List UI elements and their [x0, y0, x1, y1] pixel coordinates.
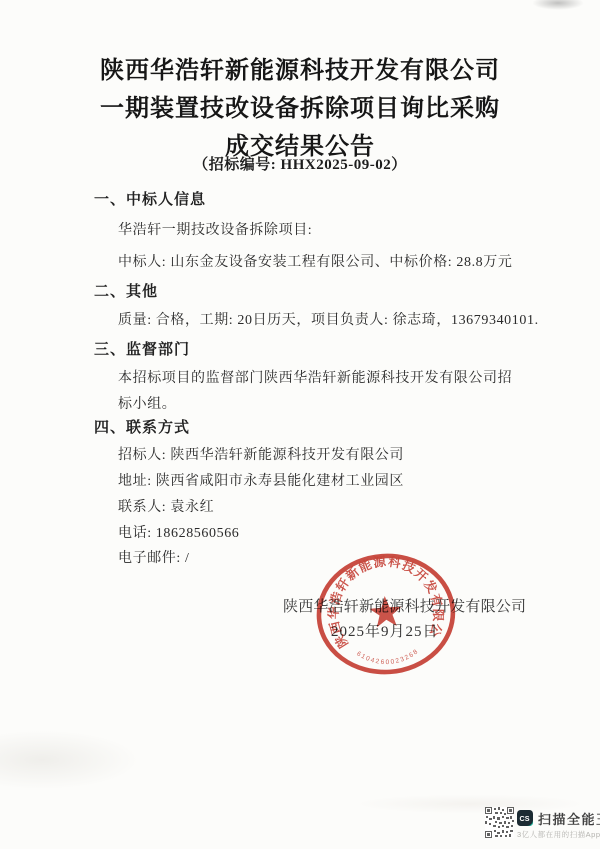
- scan-smudge-bottom-left: [0, 730, 140, 790]
- paragraph-winner-and-price: 中标人: 山东金友设备安装工程有限公司、中标价格: 28.8万元: [118, 251, 512, 271]
- watermark-tagline: 3亿人都在用的扫描App: [517, 829, 600, 840]
- section-heading-contact: 四、联系方式: [94, 416, 190, 437]
- svg-text:6104260023268: 6104260023268: [355, 646, 420, 668]
- paragraph-quality-duration: 质量: 合格，工期: 20日历天，项目负责人: 徐志琦，13679340101.: [118, 309, 539, 329]
- paragraph-address: 地址: 陕西省咸阳市永寿县能化建材工业园区: [118, 470, 404, 490]
- document-title-line-1: 陕西华浩轩新能源科技开发有限公司: [0, 50, 600, 85]
- section-heading-winner-info: 一、中标人信息: [94, 188, 206, 209]
- company-seal: 陕西华浩轩新能源科技开发有限公司 6104260023268: [306, 546, 467, 684]
- section-heading-supervision: 三、监督部门: [94, 338, 190, 359]
- scanned-document-page: 陕西华浩轩新能源科技开发有限公司 一期装置技改设备拆除项目询比采购 成交结果公告…: [0, 0, 600, 849]
- seal-code: 6104260023268: [355, 646, 420, 668]
- scan-smudge-top: [532, 0, 584, 10]
- qr-code: [485, 807, 514, 838]
- section-heading-other: 二、其他: [94, 280, 158, 301]
- bid-number-line: （招标编号: HHX2025-09-02）: [0, 153, 600, 174]
- camscanner-logo-text: CS: [520, 814, 530, 823]
- paragraph-supervision-dept: 本招标项目的监督部门陕西华浩轩新能源科技开发有限公司招标小组。: [118, 366, 516, 417]
- svg-text:陕西华浩轩新能源科技开发有限公司: 陕西华浩轩新能源科技开发有限公司: [306, 546, 449, 653]
- document-title-line-2: 一期装置技改设备拆除项目询比采购: [0, 88, 600, 123]
- camscanner-logo-icon: CS: [517, 810, 533, 826]
- paragraph-project-name: 华浩轩一期技改设备拆除项目:: [118, 219, 312, 239]
- seal-arc-text: 陕西华浩轩新能源科技开发有限公司: [306, 546, 449, 653]
- watermark-app-name: 扫描全能王: [538, 809, 600, 828]
- paragraph-phone: 电话: 18628560566: [118, 522, 239, 542]
- paragraph-email: 电子邮件: /: [118, 547, 189, 567]
- paragraph-tenderer: 招标人: 陕西华浩轩新能源科技开发有限公司: [118, 444, 404, 464]
- seal-star-icon: [369, 595, 403, 628]
- paragraph-contact-person: 联系人: 袁永红: [118, 496, 214, 516]
